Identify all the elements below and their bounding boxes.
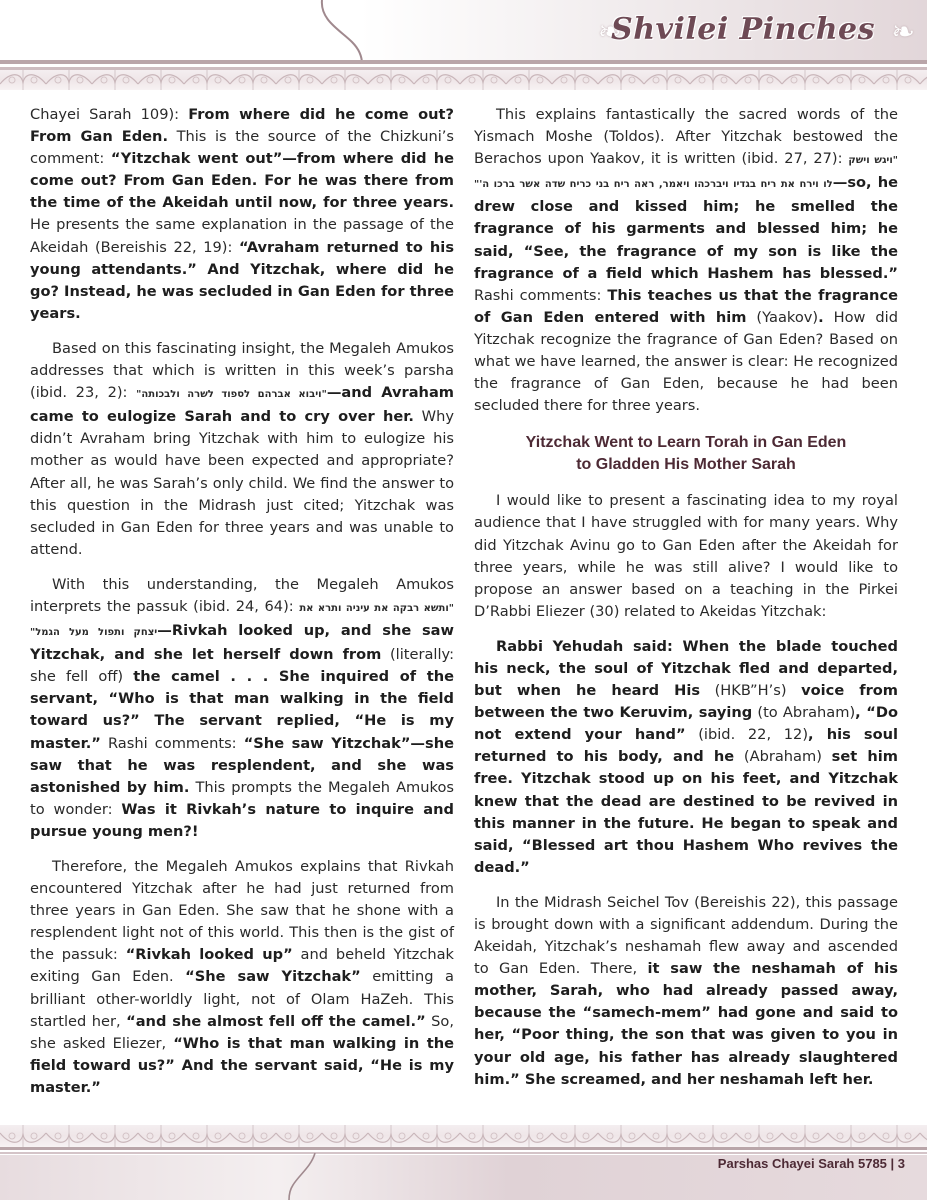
publication-title: Shvilei Pinches: [611, 12, 875, 47]
paragraph: Based on this fascinating insight, the M…: [30, 338, 454, 561]
ornamental-border-top: [0, 70, 927, 90]
footer-curve-decoration: [285, 1153, 325, 1200]
flourish-right-icon: ❧: [892, 15, 915, 48]
left-column: Chayei Sarah 109): From where did he com…: [30, 104, 454, 1112]
page-footer-label: Parshas Chayei Sarah 5785 | 3: [718, 1156, 905, 1171]
paragraph: I would like to present a fascinating id…: [474, 490, 898, 623]
header-curve-decoration: [310, 0, 390, 64]
ornamental-border-bottom: [0, 1125, 927, 1147]
header-rule: [0, 60, 927, 64]
paragraph: This explains fantastically the sacred w…: [474, 104, 898, 417]
section-heading: Yitzchak Went to Learn Torah in Gan Eden…: [474, 432, 898, 476]
paragraph: Therefore, the Megaleh Amukos explains t…: [30, 856, 454, 1099]
paragraph: Chayei Sarah 109): From where did he com…: [30, 104, 454, 325]
paragraph: In the Midrash Seichel Tov (Bereishis 22…: [474, 892, 898, 1091]
page-header: ❧ Shvilei Pinches ❧: [0, 0, 927, 100]
right-column: This explains fantastically the sacred w…: [474, 104, 898, 1104]
paragraph: With this understanding, the Megaleh Amu…: [30, 574, 454, 843]
quoted-paragraph: Rabbi Yehudah said: When the blade touch…: [474, 636, 898, 879]
hebrew-quote: "ויבוא אברהם לספוד לשרה ולבכותה": [136, 389, 327, 400]
footer-rule-thin: [0, 1152, 927, 1154]
footer-rule: [0, 1147, 927, 1150]
